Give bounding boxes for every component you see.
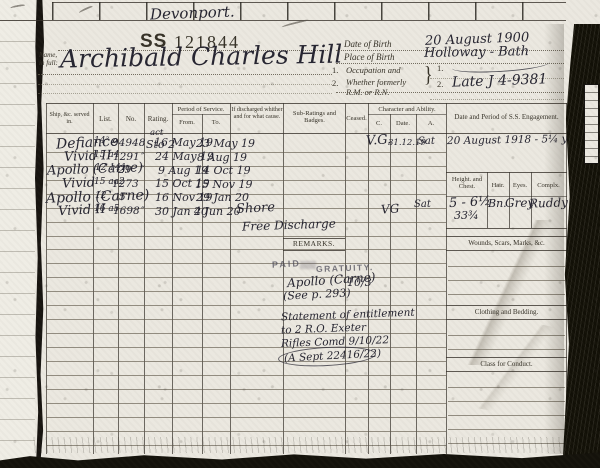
to-entry: 23 May 19: [196, 138, 255, 149]
col-header-ship: Ship, &c. served in.: [47, 112, 92, 126]
section-remarks: REMARKS.: [283, 240, 345, 249]
scan-dust: [30, 437, 575, 453]
rule-line: [283, 250, 345, 251]
col-header-from: From.: [172, 119, 202, 126]
occupation-item-number: 1.: [437, 64, 443, 74]
to-entry: 14 Oct 19: [196, 165, 251, 176]
to-entry: 8 Aug 19: [197, 152, 247, 163]
name-label-line2: in full:: [39, 59, 58, 67]
previous-card-cell-ticks: [52, 2, 566, 20]
rule-line: [172, 114, 230, 115]
label-eyes: Eyes.: [509, 182, 531, 189]
page-fold-bar: [35, 0, 44, 468]
discharge-place: Shore: [236, 201, 276, 216]
ability-entry: Sat: [418, 137, 435, 147]
occupation-number: 1.: [332, 66, 338, 76]
rating-entry: ″: [141, 194, 145, 204]
col-header-no: No.: [118, 115, 144, 123]
character-entry: VG: [381, 202, 400, 215]
name-label-line1: Name,: [39, 51, 57, 59]
chest-value: 33¾: [454, 210, 479, 221]
scan-dark-bottom: [0, 451, 600, 468]
adjacent-page-sliver: [584, 84, 599, 164]
col-header-to: To.: [202, 119, 230, 126]
to-entry: 4 Jun 20: [194, 206, 241, 217]
list-entry: 14²: [94, 137, 109, 146]
rule-line: [446, 103, 447, 454]
former-number: 2.: [332, 79, 338, 89]
dob-label: Date of Birth: [344, 39, 392, 49]
no-entry: 5: [119, 192, 126, 203]
pob-label: Place of Birth: [344, 52, 395, 62]
col-header-period: Period of Service.: [172, 106, 230, 113]
col-header-c: C.: [368, 120, 390, 127]
col-header-a: A.: [416, 120, 446, 127]
scanned-service-record-card: Devonport. SS 121844 Name, in full: Arch…: [0, 0, 600, 468]
rule-line: [38, 93, 332, 94]
rule-line: [46, 103, 567, 104]
former-label-line1: Whether formerly: [346, 77, 406, 87]
brace-glyph: }: [424, 61, 433, 87]
stamp-smudge: [300, 261, 316, 269]
occupation-label: Occupation and: [346, 66, 401, 76]
rule-line: [368, 114, 446, 115]
label-hair: Hair.: [487, 182, 509, 189]
label-height-chest: Height. and Chest.: [447, 176, 487, 191]
remark-line: to 2 R.O. Exeter: [281, 323, 366, 336]
col-header-rating: Rating.: [144, 115, 172, 123]
scan-shadow: [544, 24, 564, 454]
col-header-discharged: If discharged whither and for what cause…: [231, 107, 283, 121]
list-entry: 12: [95, 192, 106, 201]
name-label: Name, in full:: [39, 51, 58, 67]
former-service-value: Late J 4-9381: [452, 72, 548, 89]
remark-line: (See p. 293): [283, 287, 351, 302]
rule-line: [0, 20, 566, 21]
rating-entry: ″: [141, 207, 145, 217]
remark-line: 10/3: [347, 277, 372, 288]
col-header-date: Date.: [390, 120, 416, 127]
to-entry: 15 Nov 19: [195, 179, 252, 190]
rating-entry: ″: [141, 166, 145, 176]
former-label: Whether formerly R.M. or R.N.: [346, 78, 406, 98]
ability-entry: Sat: [414, 200, 431, 210]
col-header-character: Character and Ability.: [368, 106, 446, 113]
rule-line: [38, 74, 332, 75]
col-header-subratings: Sub-Ratings and Badges.: [284, 110, 345, 125]
col-header-list: List.: [93, 115, 118, 123]
rule-line: [336, 92, 564, 93]
no-entry: 29: [118, 165, 131, 176]
paid-stamp: PAID: [272, 258, 301, 269]
pob-value: Holloway - Bath: [424, 45, 529, 60]
col-header-ceased: Ceased.: [345, 115, 368, 122]
adjacent-page-edge: [0, 0, 35, 468]
discharge-cause: Free Discharge: [242, 217, 336, 232]
no-entry: 94948: [112, 138, 145, 149]
no-entry: 1698: [113, 206, 140, 217]
rule-line: [38, 84, 332, 85]
hair-value: Bn.: [488, 198, 507, 209]
name-value: Archibald Charles Hill: [60, 42, 343, 72]
port-annotation: Devonport.: [150, 5, 235, 23]
height-value: 5 - 6½: [449, 195, 491, 210]
former-item-number: 2.: [437, 80, 443, 90]
